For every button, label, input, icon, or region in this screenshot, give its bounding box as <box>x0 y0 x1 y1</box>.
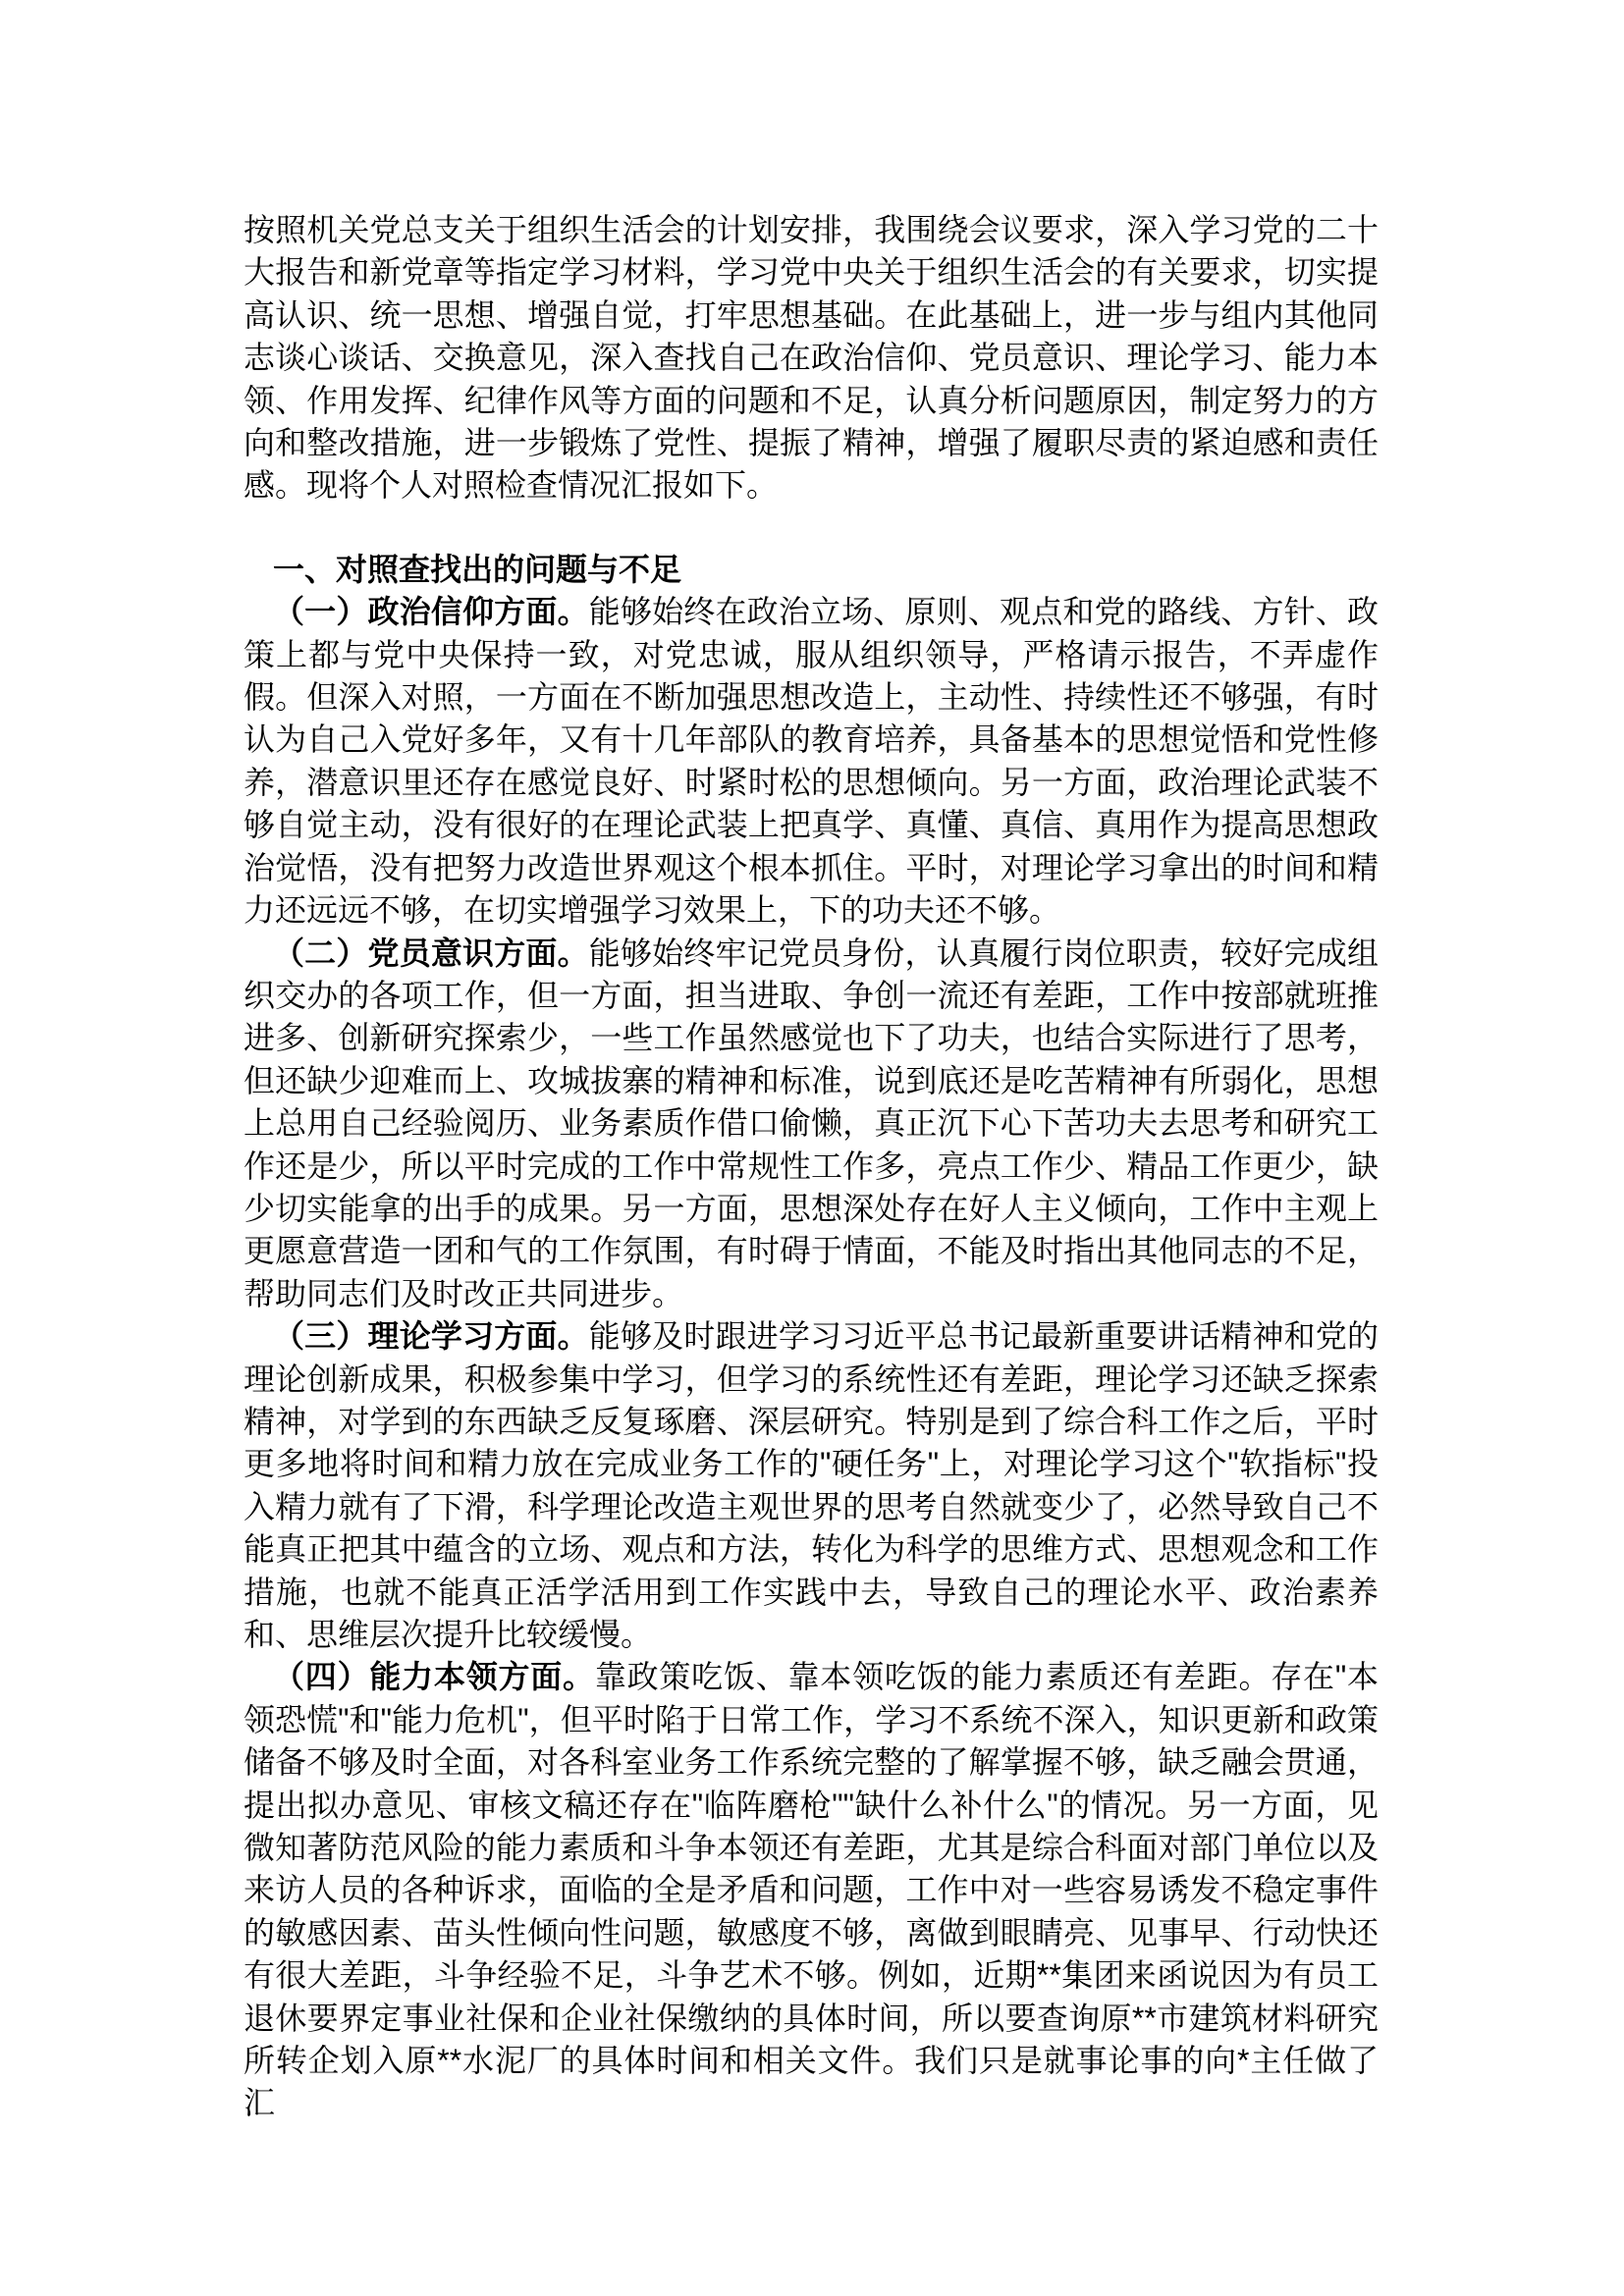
section-paragraph-ability-competence: （四）能力本领方面。靠政策吃饭、靠本领吃饭的能力素质还有差距。存在"本领恐慌"和… <box>244 1656 1379 2124</box>
section-paragraph-theoretical-study: （三）理论学习方面。能够及时跟进学习习近平总书记最新重要讲话精神和党的理论创新成… <box>244 1315 1379 1656</box>
section-body-political-belief: 能够始终在政治立场、原则、观点和党的路线、方针、政策上都与党中央保持一致，对党忠… <box>244 594 1379 928</box>
document-page: 按照机关党总支关于组织生活会的计划安排，我围绕会议要求，深入学习党的二十大报告和… <box>244 209 1379 2125</box>
section-lead-party-member-awareness: （二）党员意识方面。 <box>273 935 589 971</box>
section-heading-problems: 一、对照查找出的问题与不足 <box>244 549 1379 591</box>
section-paragraph-political-belief: （一）政治信仰方面。能够始终在政治立场、原则、观点和党的路线、方针、政策上都与党… <box>244 591 1379 932</box>
section-lead-ability-competence: （四）能力本领方面。 <box>273 1659 595 1694</box>
section-body-ability-competence: 靠政策吃饭、靠本领吃饭的能力素质还有差距。存在"本领恐慌"和"能力危机"，但平时… <box>244 1659 1379 2120</box>
intro-paragraph: 按照机关党总支关于组织生活会的计划安排，我围绕会议要求，深入学习党的二十大报告和… <box>244 209 1379 507</box>
section-lead-political-belief: （一）政治信仰方面。 <box>273 594 589 629</box>
section-body-party-member-awareness: 能够始终牢记党员身份，认真履行岗位职责，较好完成组织交办的各项工作，但一方面，担… <box>244 935 1379 1311</box>
section-body-theoretical-study: 能够及时跟进学习习近平总书记最新重要讲话精神和党的理论创新成果，积极参集中学习，… <box>244 1318 1379 1652</box>
section-paragraph-party-member-awareness: （二）党员意识方面。能够始终牢记党员身份，认真履行岗位职责，较好完成组织交办的各… <box>244 933 1379 1316</box>
section-lead-theoretical-study: （三）理论学习方面。 <box>273 1318 589 1354</box>
